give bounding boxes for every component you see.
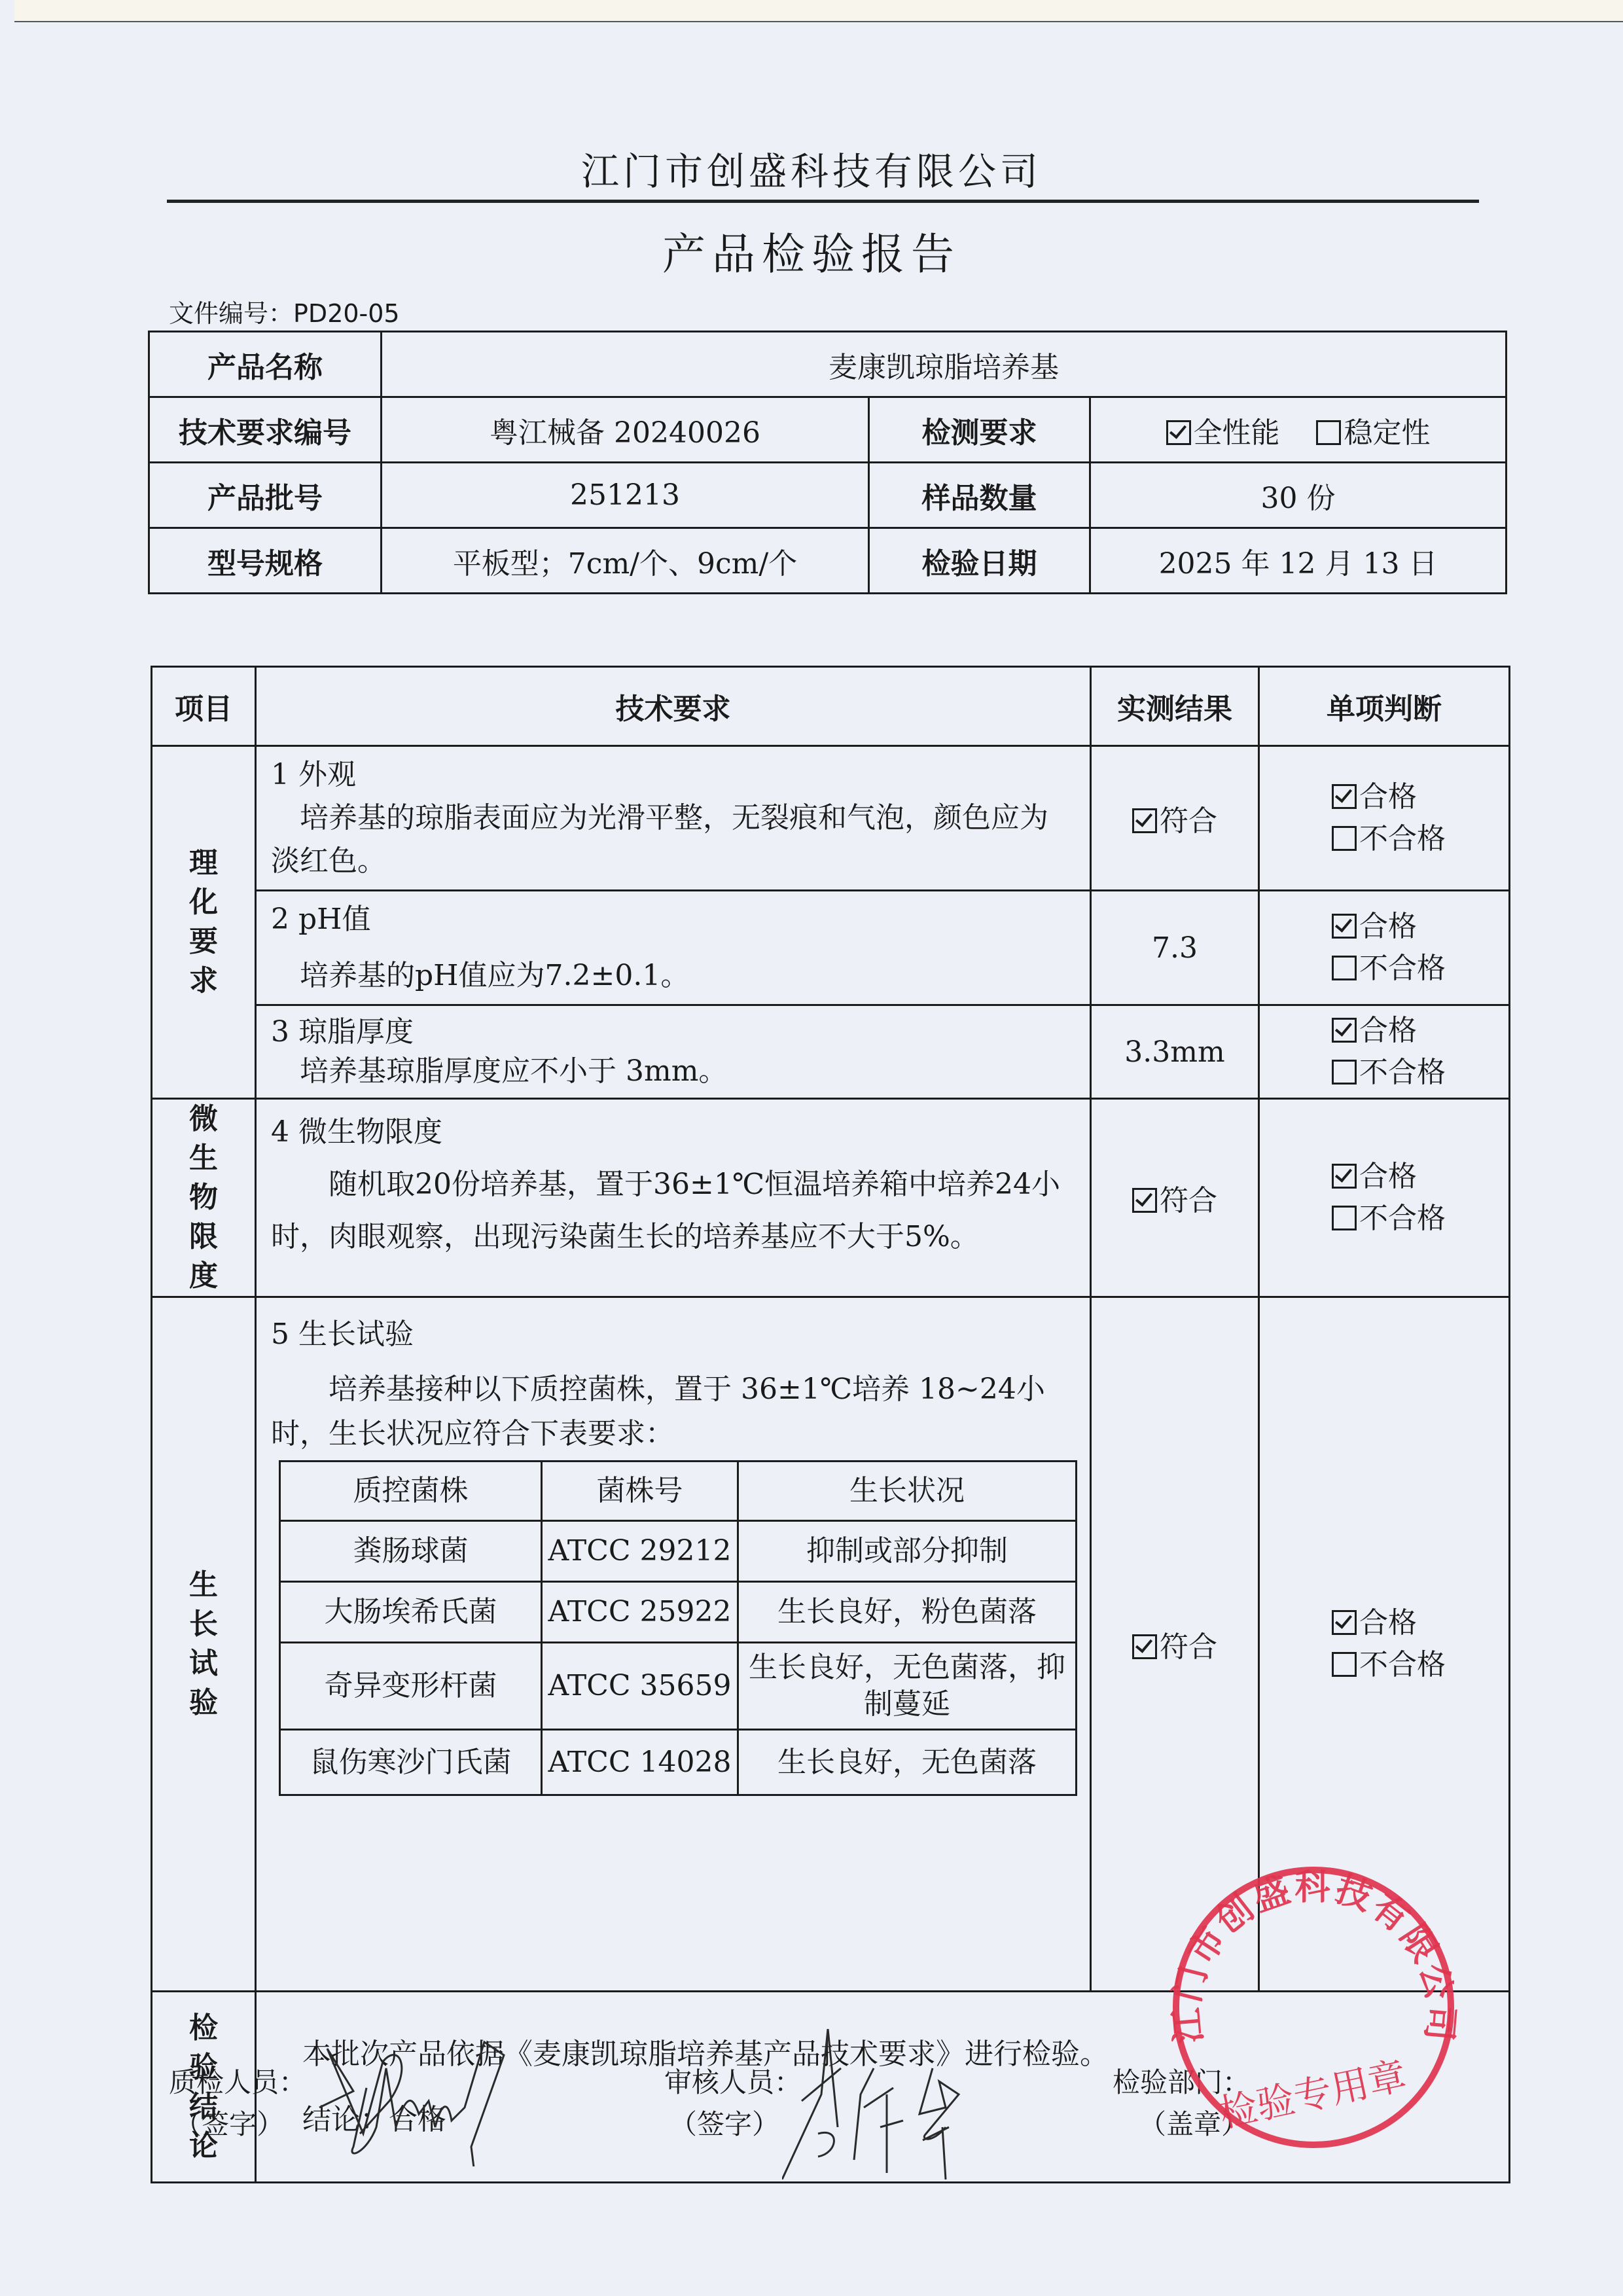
requirement-ph: 2 pH值 培养基的pH值应为7.2±0.1。 [256,891,1091,1005]
stability-label: 稳定性 [1344,416,1430,450]
result-cell: 符合 [1091,746,1259,891]
pass-checkbox[interactable] [1332,1610,1357,1635]
company-seal: 江门市创盛科技有限公司 检验专用章 [1168,1862,1459,2153]
pass-checkbox[interactable] [1332,1018,1357,1043]
fail-label: 不合格 [1359,952,1446,985]
inspector-block: 质检人员： （签字） [169,2062,306,2145]
inspector-signature [314,2029,550,2166]
fail-checkbox[interactable] [1332,1060,1357,1085]
strain-col-name: 质控菌株 [280,1462,542,1521]
pass-label: 合格 [1359,1014,1417,1047]
file-number: 文件编号：PD20-05 [169,293,400,329]
test-req-label: 检测要求 [869,397,1090,463]
category-growth: 生长试验 [152,1297,256,1992]
item-title: 1 外观 [271,753,1077,797]
fail-label: 不合格 [1359,1056,1446,1089]
fail-checkbox[interactable] [1332,1206,1357,1230]
strain-id: ATCC 14028 [542,1730,738,1795]
pass-checkbox[interactable] [1332,784,1357,809]
table-row: 微生物限度 4 微生物限度 随机取20份培养基，置于36±1℃恒温培养箱中培养2… [152,1099,1510,1297]
strain-table: 质控菌株 菌株号 生长状况 粪肠球菌 ATCC 29212 抑制或部分抑制 大肠… [279,1460,1077,1796]
batch-value: 251213 [382,463,869,528]
svg-text:江门市创盛科技有限公司: 江门市创盛科技有限公司 [1168,1866,1459,2045]
item-text: 培养基的pH值应为7.2±0.1。 [271,954,1077,997]
pass-checkbox[interactable] [1332,1164,1357,1189]
fail-label: 不合格 [1359,1648,1446,1681]
result-text: 符合 [1160,1184,1217,1217]
inspector-label: 质检人员： [169,2062,306,2104]
result-checkbox[interactable] [1132,1634,1157,1659]
reviewer-block: 审核人员： （签字） [664,2062,802,2145]
judgement-cell: 合格 不合格 [1259,891,1510,1005]
result-cell: 7.3 [1091,891,1259,1005]
strain-growth: 生长良好，无色菌落 [738,1730,1077,1795]
report-title: 产品检验报告 [0,219,1623,281]
table-row: 理化要求 1 外观 培养基的琼脂表面应为光滑平整，无裂痕和气泡，颜色应为淡红色。… [152,746,1510,891]
item-text: 培养基接种以下质控菌株，置于 36±1℃培养 18~24小时，生长状况应符合下表… [271,1367,1077,1456]
test-date-label: 检验日期 [869,528,1090,594]
product-info-table: 产品名称 麦康凯琼脂培养基 技术要求编号 粤江械备 20240026 检测要求 … [148,331,1507,594]
category-micro: 微生物限度 [152,1099,256,1297]
product-name-label: 产品名称 [149,332,382,397]
fail-checkbox[interactable] [1332,826,1357,851]
col-header-result: 实测结果 [1091,667,1259,746]
strain-name: 粪肠球菌 [280,1521,542,1582]
fail-checkbox[interactable] [1332,956,1357,980]
result-cell: 3.3mm [1091,1005,1259,1099]
judgement-cell: 合格 不合格 [1259,746,1510,891]
header-divider [167,200,1479,203]
strain-name: 奇异变形杆菌 [280,1643,542,1730]
table-row: 2 pH值 培养基的pH值应为7.2±0.1。 7.3 合格 不合格 [152,891,1510,1005]
tech-req-no-value: 粤江械备 20240026 [382,397,869,463]
file-number-value: PD20-05 [293,299,400,328]
pass-label: 合格 [1359,910,1417,943]
reviewer-label: 审核人员： [664,2062,802,2104]
reviewer-signature [782,2029,1031,2179]
product-name-value: 麦康凯琼脂培养基 [382,332,1507,397]
requirement-appearance: 1 外观 培养基的琼脂表面应为光滑平整，无裂痕和气泡，颜色应为淡红色。 [256,746,1091,891]
pass-label: 合格 [1359,1160,1417,1193]
requirement-microbial-limit: 4 微生物限度 随机取20份培养基，置于36±1℃恒温培养箱中培养24小时，肉眼… [256,1099,1091,1297]
result-checkbox[interactable] [1132,808,1157,833]
item-title: 4 微生物限度 [271,1106,1077,1158]
inspector-sub: （签字） [169,2104,306,2145]
result-cell: 符合 [1091,1099,1259,1297]
judgement-cell: 合格 不合格 [1259,1005,1510,1099]
category-physchem: 理化要求 [152,746,256,1099]
item-title: 3 琼脂厚度 [271,1013,1077,1052]
strain-row: 粪肠球菌 ATCC 29212 抑制或部分抑制 [280,1521,1077,1582]
result-checkbox[interactable] [1132,1188,1157,1213]
col-header-judgement: 单项判断 [1259,667,1510,746]
result-text: 符合 [1160,804,1217,838]
reviewer-sub: （签字） [664,2104,802,2145]
requirement-growth-test: 5 生长试验 培养基接种以下质控菌株，置于 36±1℃培养 18~24小时，生长… [256,1297,1091,1992]
requirement-agar-thickness: 3 琼脂厚度 培养基琼脂厚度应不小于 3mm。 [256,1005,1091,1099]
file-number-label: 文件编号： [169,299,293,328]
item-text: 培养基的琼脂表面应为光滑平整，无裂痕和气泡，颜色应为淡红色。 [271,797,1077,883]
full-performance-label: 全性能 [1194,416,1280,450]
judgement-cell: 合格 不合格 [1259,1099,1510,1297]
strain-growth: 生长良好，粉色菌落 [738,1582,1077,1643]
col-header-item: 项目 [152,667,256,746]
strain-id: ATCC 25922 [542,1582,738,1643]
item-text: 培养基琼脂厚度应不小于 3mm。 [271,1052,1077,1091]
strain-col-growth: 生长状况 [738,1462,1077,1521]
item-text: 随机取20份培养基，置于36±1℃恒温培养箱中培养24小时，肉眼观察，出现污染菌… [271,1158,1077,1263]
sample-qty-value: 30 份 [1090,463,1507,528]
fail-label: 不合格 [1359,1202,1446,1235]
test-date-value: 2025 年 12 月 13 日 [1090,528,1507,594]
strain-growth: 抑制或部分抑制 [738,1521,1077,1582]
strain-row: 鼠伤寒沙门氏菌 ATCC 14028 生长良好，无色菌落 [280,1730,1077,1795]
test-req-options: 全性能 稳定性 [1090,397,1507,463]
result-text: 符合 [1160,1630,1217,1664]
strain-id: ATCC 35659 [542,1643,738,1730]
item-title: 2 pH值 [271,898,1077,941]
strain-name: 大肠埃希氏菌 [280,1582,542,1643]
fail-label: 不合格 [1359,822,1446,855]
strain-growth: 生长良好，无色菌落，抑制蔓延 [738,1643,1077,1730]
strain-row: 奇异变形杆菌 ATCC 35659 生长良好，无色菌落，抑制蔓延 [280,1643,1077,1730]
strain-row: 大肠埃希氏菌 ATCC 25922 生长良好，粉色菌落 [280,1582,1077,1643]
pass-checkbox[interactable] [1332,914,1357,939]
fail-checkbox[interactable] [1332,1652,1357,1677]
col-header-requirement: 技术要求 [256,667,1091,746]
batch-label: 产品批号 [149,463,382,528]
pass-label: 合格 [1359,1606,1417,1640]
scan-top-edge [14,0,1623,22]
item-title: 5 生长试验 [271,1312,1077,1357]
stability-checkbox[interactable] [1316,420,1341,445]
tech-req-no-label: 技术要求编号 [149,397,382,463]
strain-name: 鼠伤寒沙门氏菌 [280,1730,542,1795]
strain-col-id: 菌株号 [542,1462,738,1521]
full-performance-checkbox[interactable] [1166,420,1191,445]
model-value: 平板型；7cm/个、9cm/个 [382,528,869,594]
strain-id: ATCC 29212 [542,1521,738,1582]
sample-qty-label: 样品数量 [869,463,1090,528]
pass-label: 合格 [1359,780,1417,814]
model-label: 型号规格 [149,528,382,594]
table-row: 3 琼脂厚度 培养基琼脂厚度应不小于 3mm。 3.3mm 合格 不合格 [152,1005,1510,1099]
company-name: 江门市创盛科技有限公司 [0,141,1623,196]
seal-ring-text: 江门市创盛科技有限公司 [1168,1866,1459,2045]
